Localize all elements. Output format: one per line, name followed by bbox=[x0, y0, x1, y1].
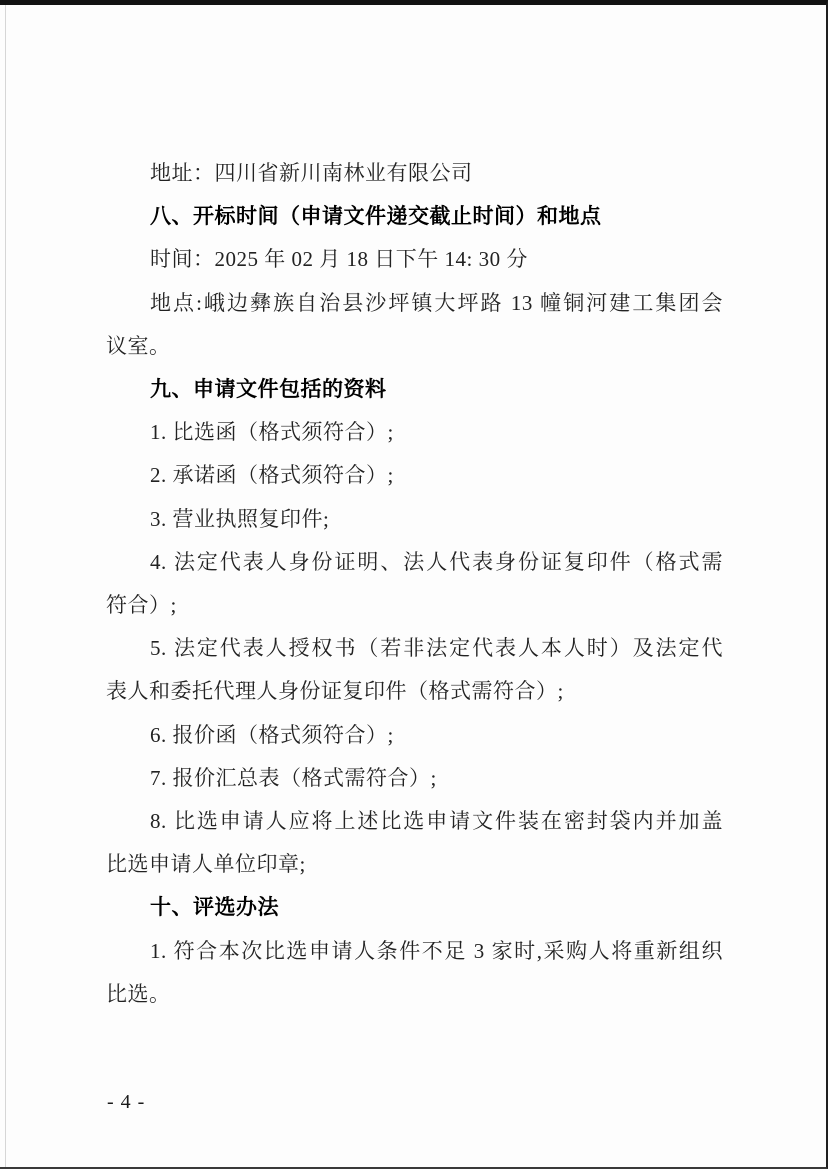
document-body: 地址：四川省新川南林业有限公司 八、开标时间（申请文件递交截止时间）和地点 时间… bbox=[106, 152, 723, 1016]
item-4-id-proof-line-1: 4. 法定代表人身份证明、法人代表身份证复印件（格式需 bbox=[106, 541, 723, 584]
bid-location-line-2: 议室。 bbox=[106, 325, 723, 368]
bid-location-line-1: 地点:峨边彝族自治县沙坪镇大坪路 13 幢铜河建工集团会 bbox=[106, 282, 723, 325]
reselection-rule-line-1: 1. 符合本次比选申请人条件不足 3 家时,采购人将重新组织 bbox=[106, 930, 723, 973]
item-5-authorization-line-2: 表人和委托代理人身份证复印件（格式需符合）; bbox=[106, 670, 723, 713]
item-2-commitment-letter: 2. 承诺函（格式须符合）; bbox=[106, 454, 723, 497]
address-line: 地址：四川省新川南林业有限公司 bbox=[106, 152, 723, 195]
item-5-authorization-line-1: 5. 法定代表人授权书（若非法定代表人本人时）及法定代 bbox=[106, 627, 723, 670]
scan-edge-left bbox=[5, 5, 6, 1167]
item-7-quotation-summary: 7. 报价汇总表（格式需符合）; bbox=[106, 757, 723, 800]
item-8-sealed-bag-line-1: 8. 比选申请人应将上述比选申请文件装在密封袋内并加盖 bbox=[106, 800, 723, 843]
item-8-sealed-bag-line-2: 比选申请人单位印章; bbox=[106, 843, 723, 886]
section-8-heading: 八、开标时间（申请文件递交截止时间）和地点 bbox=[106, 195, 723, 238]
item-1-comparison-letter: 1. 比选函（格式须符合）; bbox=[106, 411, 723, 454]
page-number: - 4 - bbox=[107, 1091, 145, 1114]
section-10-heading: 十、评选办法 bbox=[106, 886, 723, 929]
item-6-quotation-letter: 6. 报价函（格式须符合）; bbox=[106, 714, 723, 757]
section-9-heading: 九、申请文件包括的资料 bbox=[106, 368, 723, 411]
reselection-rule-line-2: 比选。 bbox=[106, 973, 723, 1016]
document-page: 地址：四川省新川南林业有限公司 八、开标时间（申请文件递交截止时间）和地点 时间… bbox=[0, 0, 828, 1169]
bid-opening-time-line: 时间：2025 年 02 月 18 日下午 14: 30 分 bbox=[106, 238, 723, 281]
item-4-id-proof-line-2: 符合）; bbox=[106, 584, 723, 627]
item-3-business-license: 3. 营业执照复印件; bbox=[106, 498, 723, 541]
